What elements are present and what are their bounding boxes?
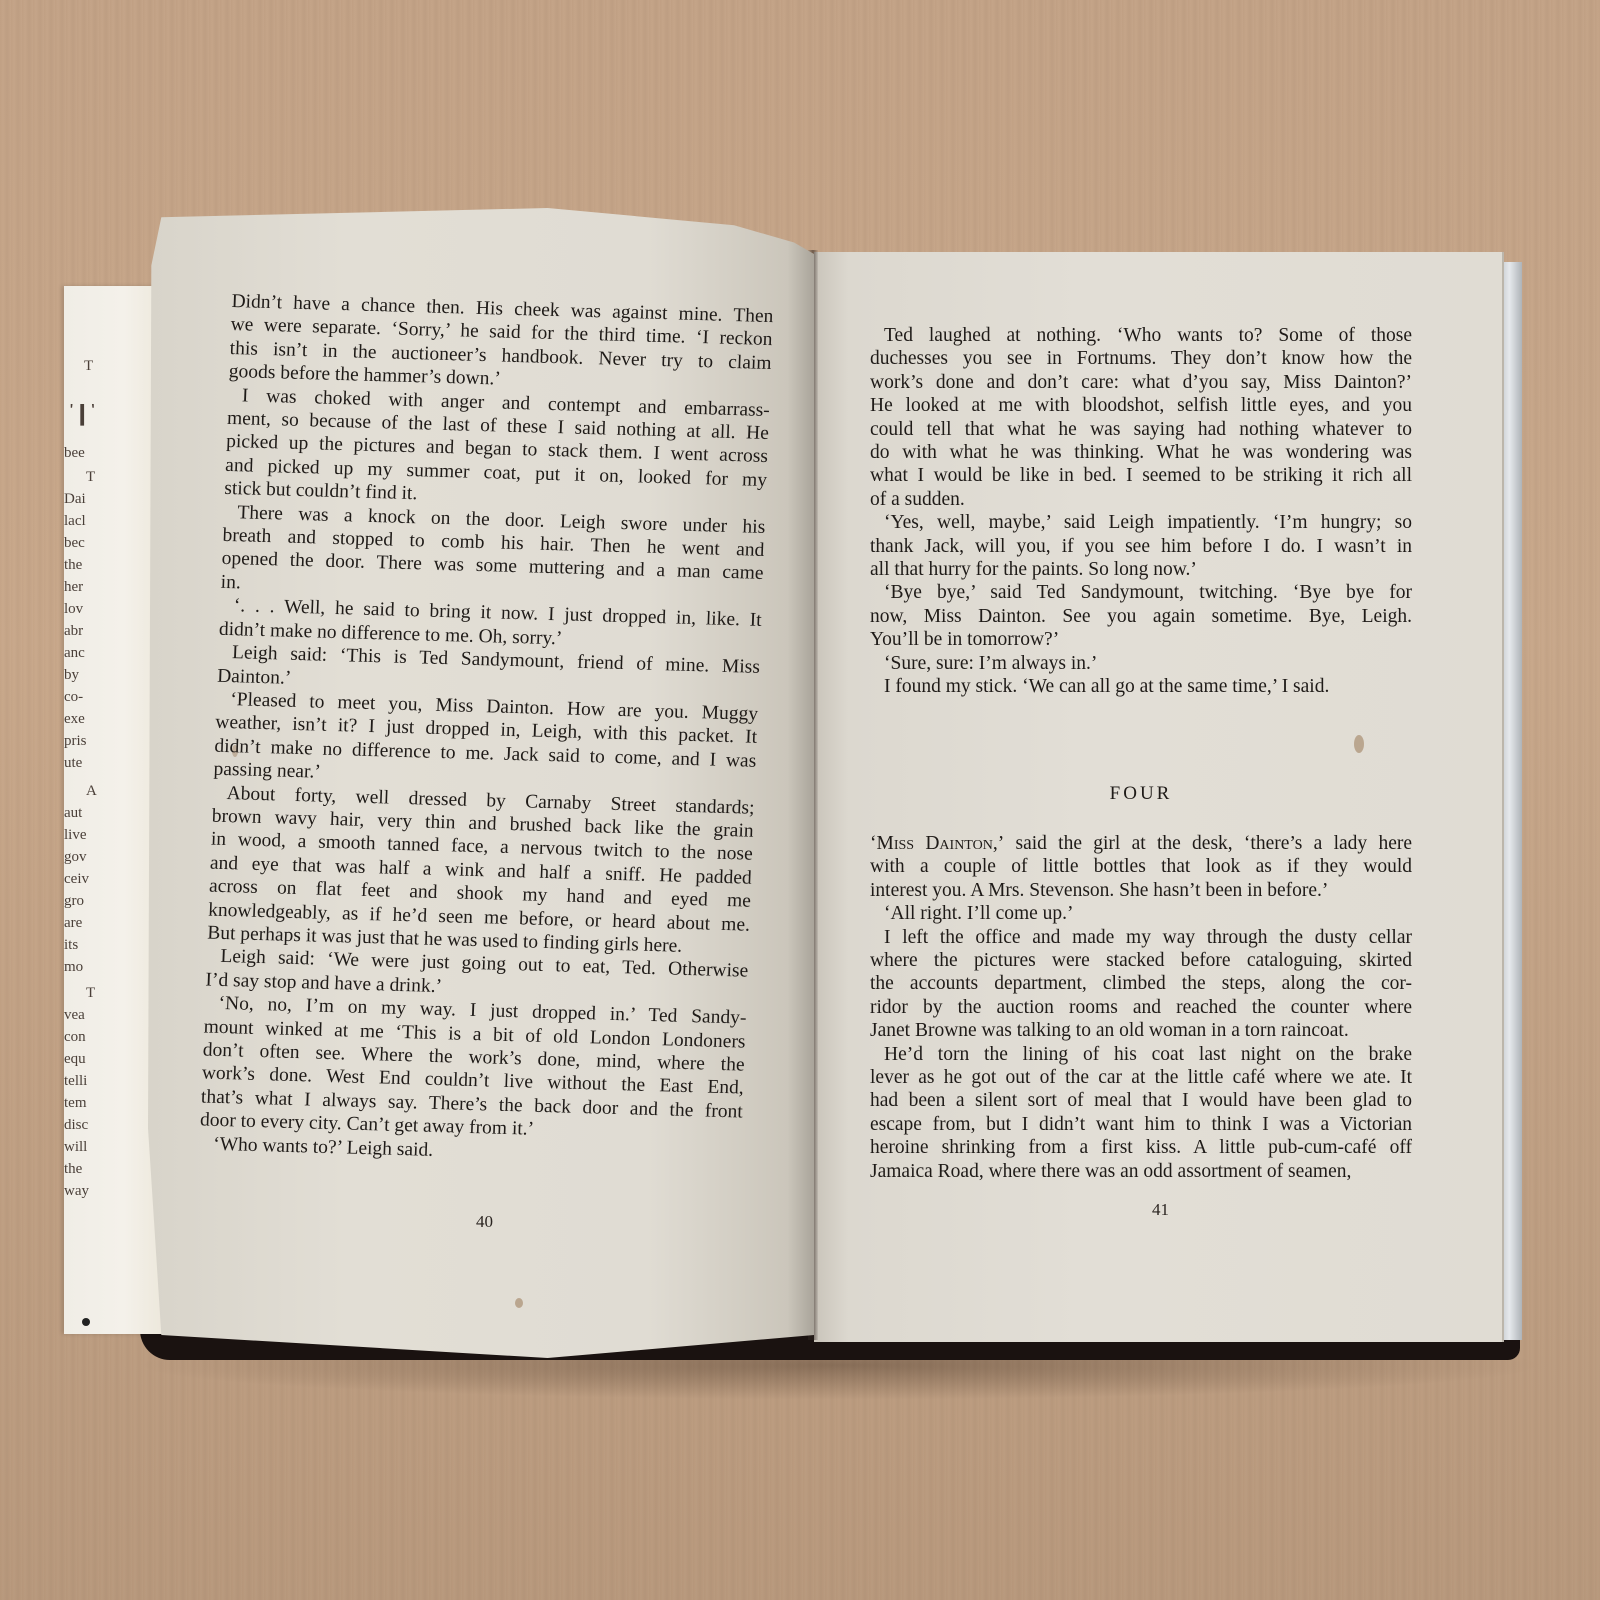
jacket-text-fragment: disc [64, 1115, 88, 1137]
jacket-text-fragment: A [86, 781, 97, 803]
text-line: escape from, but I didn’t want him to th… [870, 1113, 1412, 1136]
text-line: now, Miss Dainton. See you again sometim… [870, 605, 1412, 628]
text-line: the accounts department, climbed the ste… [870, 972, 1412, 995]
jacket-text-fragment: aut [64, 803, 82, 825]
page-40-text: Didn’t have a chance then. His cheek was… [199, 290, 774, 1171]
text-line: thank Jack, will you, if you see him bef… [870, 535, 1412, 558]
text-line: Janet Browne was talking to an old woman… [870, 1019, 1412, 1042]
jacket-text-fragment: way [64, 1181, 89, 1203]
jacket-text-fragment: T [70, 404, 94, 426]
text-line: work’s done and don’t care: what d’you s… [870, 371, 1412, 394]
jacket-text-fragment: are [64, 913, 82, 935]
text-fragment: said the girl at the desk, ‘there’s a la… [1004, 833, 1412, 854]
text-line: Jamaica Road, where there was an odd ass… [870, 1160, 1412, 1183]
text-line: Ted laughed at nothing. ‘Who wants to? S… [870, 324, 1412, 347]
jacket-text-fragment: Dai [64, 489, 86, 511]
text-line: ridor by the auction rooms and reached t… [870, 996, 1412, 1019]
text-line: of a sudden. [870, 488, 1412, 511]
text-line: He’d torn the lining of his coat last ni… [870, 1043, 1412, 1066]
text-line: I left the office and made my way throug… [870, 926, 1412, 949]
text-line: ‘Yes, well, maybe,’ said Leigh impatient… [870, 511, 1412, 534]
text-line: could tell that what he was saying had n… [870, 418, 1412, 441]
jacket-text-fragment: its [64, 935, 78, 957]
text-line: do with what he was thinking. What he wa… [870, 441, 1412, 464]
text-line: where the pictures were stacked before c… [870, 949, 1412, 972]
jacket-text-fragment: mo [64, 957, 83, 979]
paper-stain [1354, 735, 1364, 753]
page-number-right: 41 [1152, 1200, 1169, 1220]
jacket-text-fragment: pris [64, 731, 87, 753]
jacket-text-fragment: telli [64, 1071, 87, 1093]
jacket-text-fragment: gro [64, 891, 84, 913]
jacket-text-fragment: bee [64, 443, 85, 465]
jacket-text-fragment: lacl [64, 511, 86, 533]
page-number-left: 40 [476, 1212, 493, 1232]
jacket-text-fragment: vea [64, 1005, 85, 1027]
jacket-text-fragment: the [64, 1159, 82, 1181]
text-line: He looked at me with bloodshot, selfish … [870, 394, 1412, 417]
jacket-text-fragment: her [64, 577, 83, 599]
text-line: with a couple of little bottles that loo… [870, 855, 1412, 878]
smallcaps-lead-in: ‘Miss Dainton,’ [870, 833, 1004, 854]
jacket-text-fragment: by [64, 665, 79, 687]
text-line: duchesses you see in Fortnums. They don’… [870, 347, 1412, 370]
jacket-text-fragment: live [64, 825, 87, 847]
text-line: heroine shrinking from a first kiss. A l… [870, 1136, 1412, 1159]
jacket-text-fragment: tem [64, 1093, 87, 1115]
text-line: I found my stick. ‘We can all go at the … [870, 675, 1412, 698]
text-line: ‘Sure, sure: I’m always in.’ [870, 652, 1412, 675]
text-line: interest you. A Mrs. Stevenson. She hasn… [870, 879, 1412, 902]
jacket-text-fragment: bec [64, 533, 85, 555]
jacket-text-fragment: exe [64, 709, 85, 731]
chapter-four-opening-text: ‘Miss Dainton,’ said the girl at the des… [870, 832, 1412, 1183]
jacket-text-fragment: T [86, 467, 95, 489]
text-line: ‘Miss Dainton,’ said the girl at the des… [870, 832, 1412, 855]
jacket-text-fragment: ceiv [64, 869, 89, 891]
jacket-text-fragment: lov [64, 599, 83, 621]
jacket-text-fragment: anc [64, 643, 85, 665]
jacket-text-fragment: the [64, 555, 82, 577]
text-line: had been a silent sort of meal that I wo… [870, 1089, 1412, 1112]
jacket-text-fragment: will [64, 1137, 87, 1159]
page-41-text-before-chapter: Ted laughed at nothing. ‘Who wants to? S… [870, 324, 1412, 699]
jacket-text-fragment: con [64, 1027, 86, 1049]
text-line: lever as he got out of the car at the li… [870, 1066, 1412, 1089]
text-line: You’ll be in tomorrow?’ [870, 628, 1412, 651]
dust-jacket-text: TTbeeTDailaclbectheherlovabrancbyco-exep… [0, 0, 148, 1600]
jacket-text-fragment: gov [64, 847, 87, 869]
text-line: what I would be like in bed. I seemed to… [870, 464, 1412, 487]
text-line: ‘All right. I’ll come up.’ [870, 902, 1412, 925]
jacket-text-fragment: equ [64, 1049, 86, 1071]
jacket-text-fragment: ute [64, 753, 82, 775]
chapter-heading: FOUR [870, 783, 1412, 805]
paper-stain [515, 1298, 523, 1308]
jacket-text-fragment: T [84, 356, 93, 378]
text-line: all that hurry for the paints. So long n… [870, 558, 1412, 581]
jacket-text-fragment: co- [64, 687, 83, 709]
text-line: ‘Bye bye,’ said Ted Sandymount, twitchin… [870, 581, 1412, 604]
jacket-text-fragment: abr [64, 621, 83, 643]
jacket-text-fragment: T [86, 983, 95, 1005]
